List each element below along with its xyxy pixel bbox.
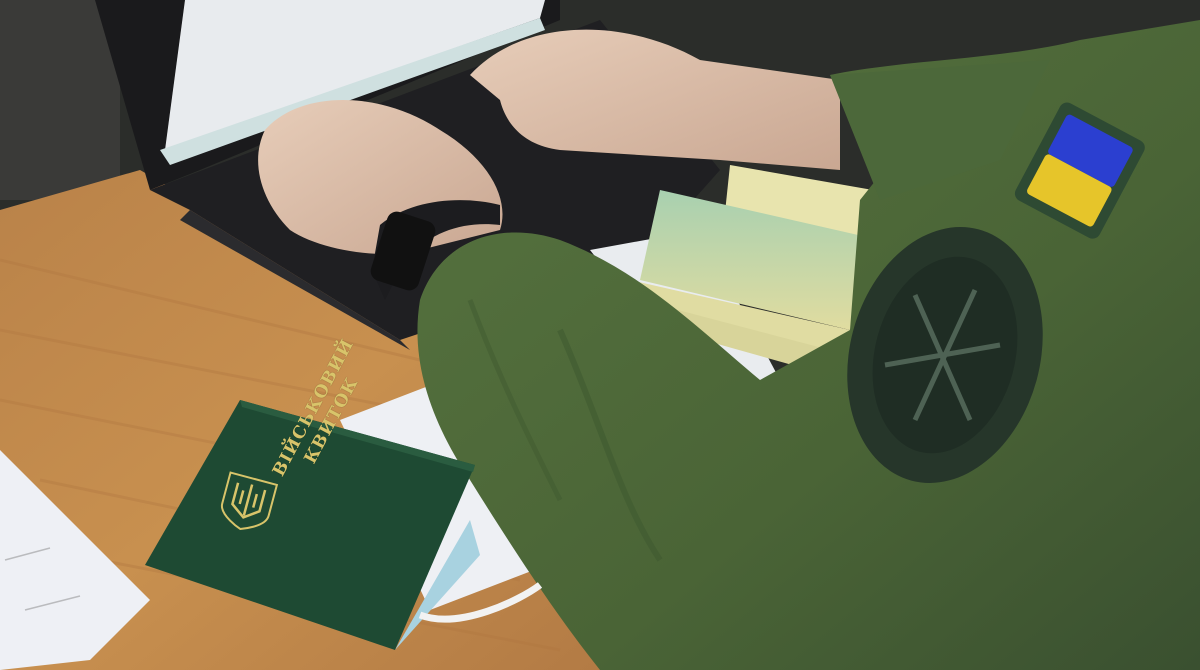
scene-illustration [0,0,1200,670]
photo-scene: ВІЙСЬКОВИЙ КВИТОК [0,0,1200,670]
